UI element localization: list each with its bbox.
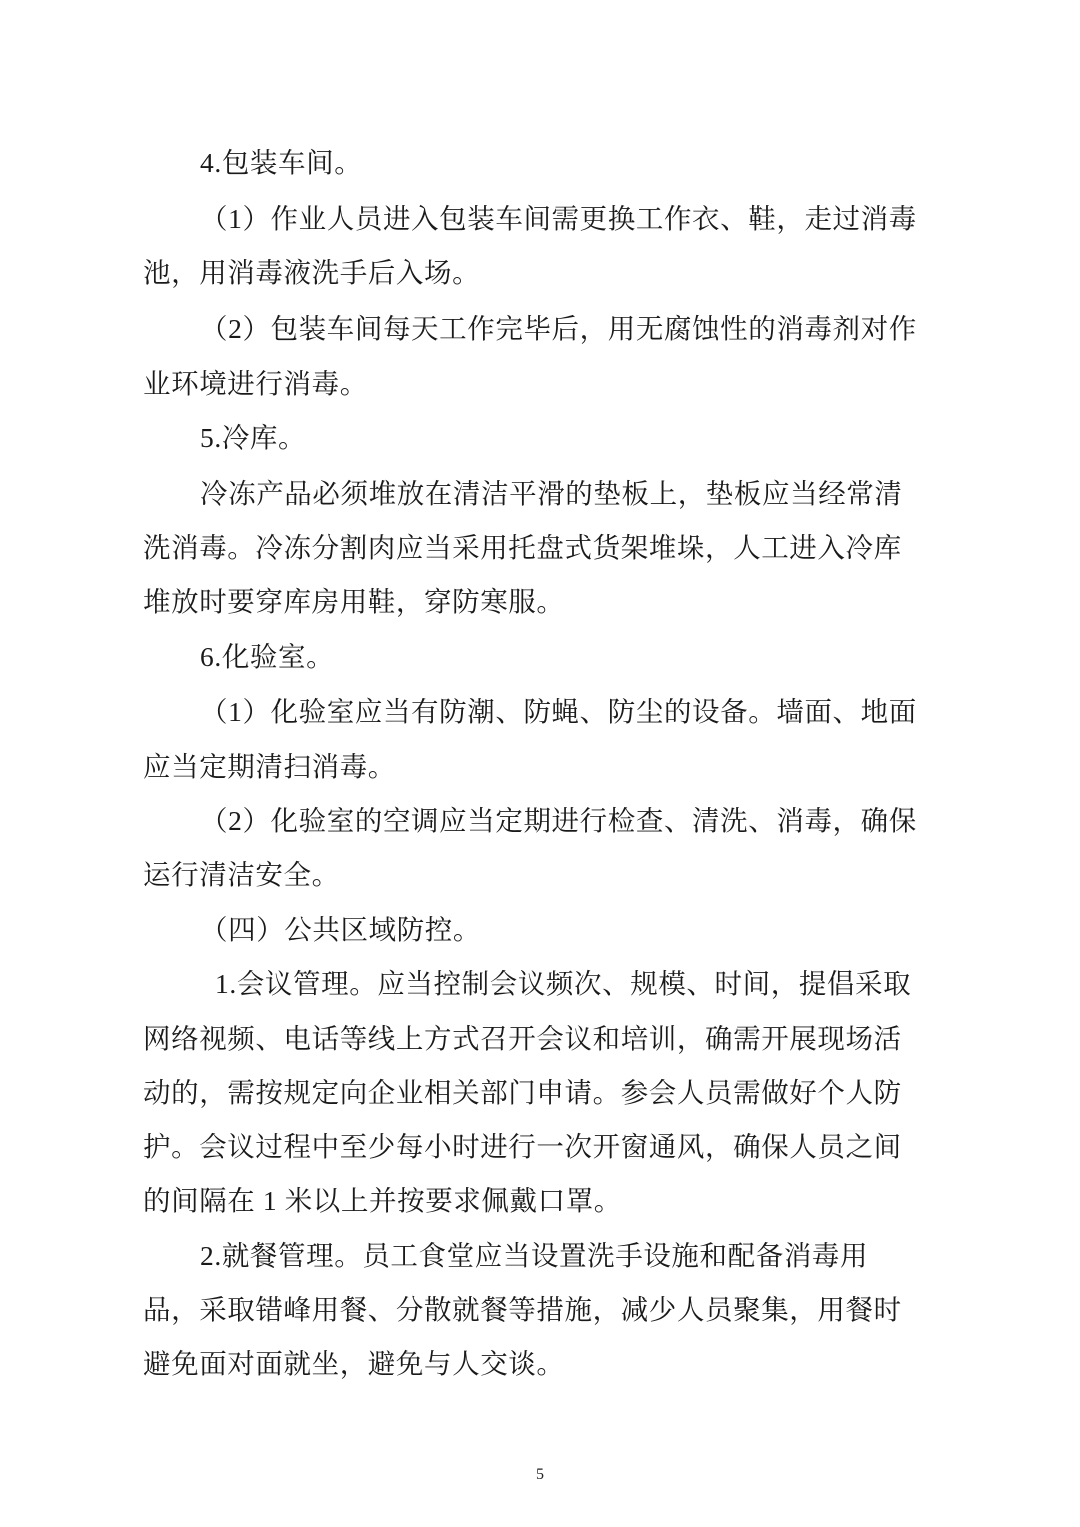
paragraph-line: 品，采取错峰用餐、分散就餐等措施，减少人员聚集，用餐时 xyxy=(143,1290,943,1330)
paragraph-line: 池，用消毒液洗手后入场。 xyxy=(143,253,943,293)
section-heading-packaging-workshop: 4.包装车间。 xyxy=(200,143,1000,183)
page-number: 5 xyxy=(0,1464,1080,1486)
paragraph-line: 洗消毒。冷冻分割肉应当采用托盘式货架堆垛，人工进入冷库 xyxy=(143,528,943,568)
paragraph-line: 护。会议过程中至少每小时进行一次开窗通风，确保人员之间 xyxy=(143,1127,943,1167)
paragraph-line: 2.就餐管理。员工食堂应当设置洗手设施和配备消毒用 xyxy=(200,1236,1000,1276)
section-heading-cold-storage: 5.冷库。 xyxy=(200,418,1000,458)
paragraph-line: 动的，需按规定向企业相关部门申请。参会人员需做好个人防 xyxy=(143,1073,943,1113)
paragraph-line: （1）化验室应当有防潮、防蝇、防尘的设备。墙面、地面 xyxy=(200,692,1000,732)
paragraph-line: （1）作业人员进入包装车间需更换工作衣、鞋，走过消毒 xyxy=(200,199,1000,239)
paragraph-line: 业环境进行消毒。 xyxy=(143,364,943,404)
paragraph-line: （2）化验室的空调应当定期进行检查、清洗、消毒，确保 xyxy=(200,801,1000,841)
section-heading-public-areas: （四）公共区域防控。 xyxy=(200,910,1000,950)
paragraph-line: 堆放时要穿库房用鞋，穿防寒服。 xyxy=(143,582,943,622)
section-heading-laboratory: 6.化验室。 xyxy=(200,637,1000,677)
paragraph-line: 应当定期清扫消毒。 xyxy=(143,747,943,787)
paragraph-line: 避免面对面就坐，避免与人交谈。 xyxy=(143,1344,943,1384)
paragraph-line: （2）包装车间每天工作完毕后，用无腐蚀性的消毒剂对作 xyxy=(200,309,1000,349)
document-page: 4.包装车间。 （1）作业人员进入包装车间需更换工作衣、鞋，走过消毒 池，用消毒… xyxy=(0,0,1080,1527)
paragraph-line: 网络视频、电话等线上方式召开会议和培训，确需开展现场活 xyxy=(143,1019,943,1059)
paragraph-line: 冷冻产品必须堆放在清洁平滑的垫板上，垫板应当经常清 xyxy=(200,474,1000,514)
paragraph-line: 1.会议管理。应当控制会议频次、规模、时间，提倡采取 xyxy=(215,964,1015,1004)
paragraph-line: 运行清洁安全。 xyxy=(143,855,943,895)
paragraph-line: 的间隔在 1 米以上并按要求佩戴口罩。 xyxy=(143,1181,943,1221)
